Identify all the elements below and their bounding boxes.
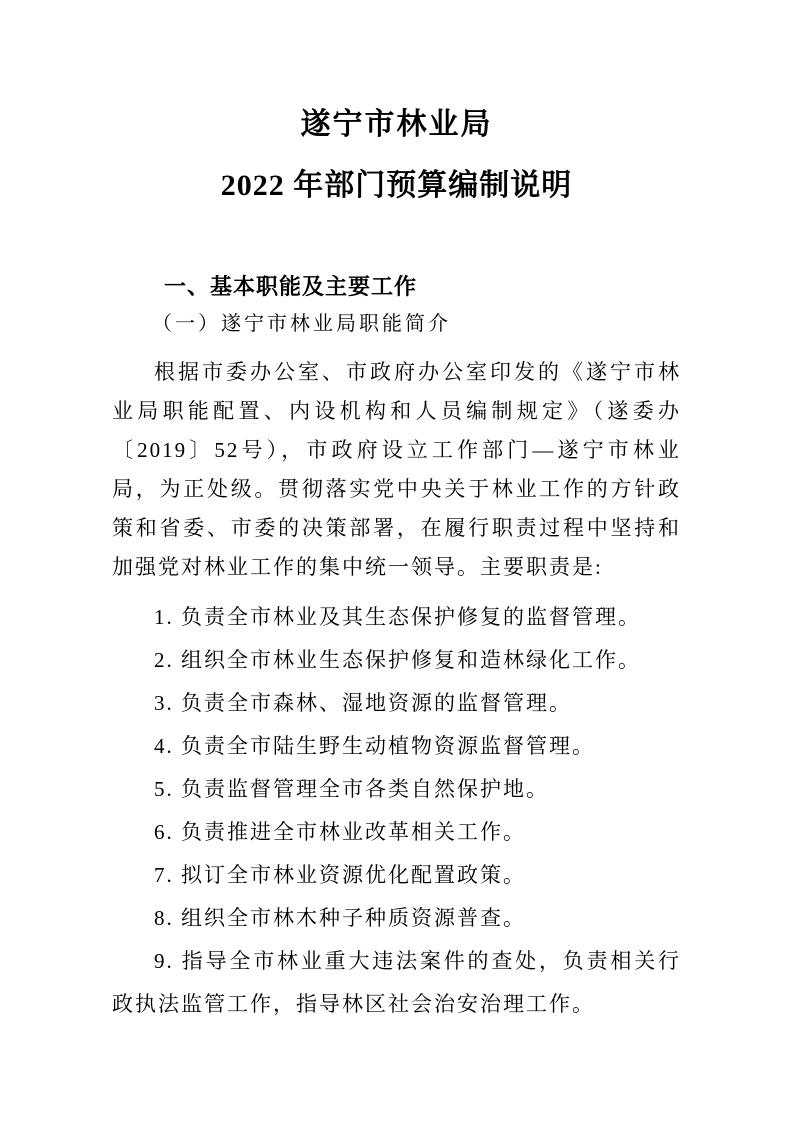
document-body: 一、基本职能及主要工作 （一）遂宁市林业局职能简介 根据市委办公室、市政府办公室… (0, 275, 793, 1026)
document-title: 遂宁市林业局 (0, 108, 793, 142)
document-subtitle: 2022 年部门预算编制说明 (0, 169, 793, 203)
duties-list: 1. 负责全市林业及其生态保护修复的监督管理。 2. 组织全市林业生态保护修复和… (112, 596, 681, 1026)
duty-item-3: 3. 负责全市森林、湿地资源的监督管理。 (112, 682, 681, 725)
duty-item-9: 9. 指导全市林业重大违法案件的查处，负责相关行政执法监管工作，指导林区社会治安… (112, 940, 681, 1026)
section-heading: 一、基本职能及主要工作 (112, 275, 681, 299)
duty-item-1: 1. 负责全市林业及其生态保护修复的监督管理。 (112, 596, 681, 639)
duty-item-8: 8. 组织全市林木种子种质资源普查。 (112, 897, 681, 940)
duty-item-5: 5. 负责监督管理全市各类自然保护地。 (112, 768, 681, 811)
duty-item-7: 7. 拟订全市林业资源优化配置政策。 (112, 854, 681, 897)
duty-item-4: 4. 负责全市陆生野生动植物资源监督管理。 (112, 725, 681, 768)
document-page: 遂宁市林业局 2022 年部门预算编制说明 一、基本职能及主要工作 （一）遂宁市… (0, 0, 793, 1122)
duty-item-6: 6. 负责推进全市林业改革相关工作。 (112, 811, 681, 854)
intro-paragraph: 根据市委办公室、市政府办公室印发的《遂宁市林业局职能配置、内设机构和人员编制规定… (112, 353, 681, 587)
duty-item-2: 2. 组织全市林业生态保护修复和造林绿化工作。 (112, 639, 681, 682)
subsection-heading: （一）遂宁市林业局职能简介 (112, 312, 681, 336)
